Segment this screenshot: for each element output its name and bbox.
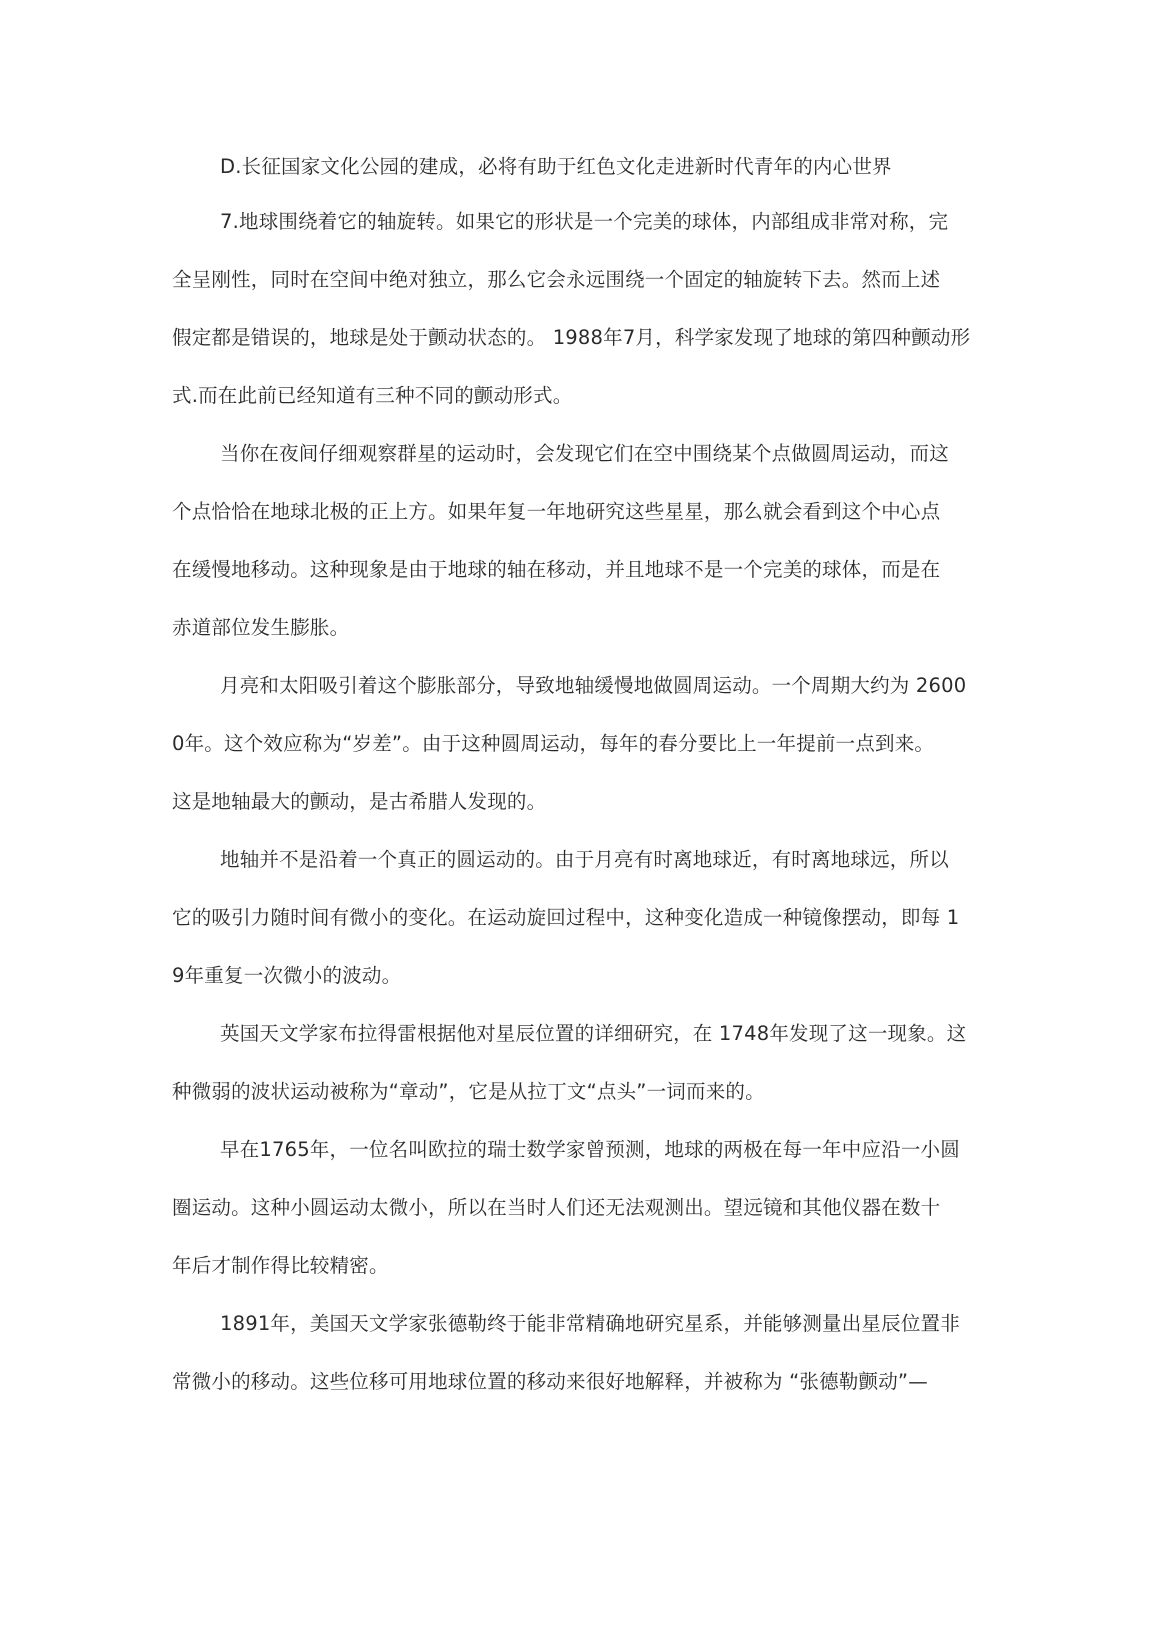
paragraph-line: 早在1765年，一位名叫欧拉的瑞士数学家曾预测，地球的两极在每一年中应沿一小圆 bbox=[220, 1138, 960, 1162]
paragraph-line: 0年。这个效应称为“岁差”。由于这种圆周运动，每年的春分要比上一年提前一点到来。 bbox=[172, 732, 934, 756]
paragraph-line: 常微小的移动。这些位移可用地球位置的移动来很好地解释，并被称为 “张德勒颤动”— bbox=[172, 1370, 928, 1394]
paragraph-line: 种微弱的波状运动被称为“章动”，它是从拉丁文“点头”一词而来的。 bbox=[172, 1080, 765, 1104]
paragraph-line: 个点恰恰在地球北极的正上方。如果年复一年地研究这些星星，那么就会看到这个中心点 bbox=[172, 500, 940, 524]
paragraph-line: 月亮和太阳吸引着这个膨胀部分，导致地轴缓慢地做圆周运动。一个周期大约为 2600 bbox=[220, 674, 966, 698]
paragraph-line: 英国天文学家布拉得雷根据他对星辰位置的详细研究，在 1748年发现了这一现象。这 bbox=[220, 1022, 966, 1046]
paragraph-line: 圈运动。这种小圆运动太微小，所以在当时人们还无法观测出。望远镜和其他仪器在数十 bbox=[172, 1196, 940, 1220]
paragraph-line: 当你在夜间仔细观察群星的运动时，会发现它们在空中围绕某个点做圆周运动，而这 bbox=[220, 442, 949, 466]
paragraph-line: 这是地轴最大的颤动，是古希腊人发现的。 bbox=[172, 790, 546, 814]
paragraph-line: 赤道部位发生膨胀。 bbox=[172, 616, 349, 640]
paragraph-line: 式.而在此前已经知道有三种不同的颤动形式。 bbox=[172, 384, 572, 408]
paragraph-line: 假定都是错误的，地球是处于颤动状态的。 1988年7月，科学家发现了地球的第四种… bbox=[172, 326, 970, 350]
paragraph-line: 9年重复一次微小的波动。 bbox=[172, 964, 401, 988]
paragraph-line: 年后才制作得比较精密。 bbox=[172, 1254, 389, 1278]
paragraph-line: 1891年，美国天文学家张德勒终于能非常精确地研究星系，并能够测量出星辰位置非 bbox=[220, 1312, 960, 1336]
paragraph-line: 在缓慢地移动。这种现象是由于地球的轴在移动，并且地球不是一个完美的球体，而是在 bbox=[172, 558, 940, 582]
paragraph-line: 它的吸引力随时间有微小的变化。在运动旋回过程中，这种变化造成一种镜像摆动，即每 … bbox=[172, 906, 959, 930]
question-7-line: 7.地球围绕着它的轴旋转。如果它的形状是一个完美的球体，内部组成非常对称，完 bbox=[220, 210, 948, 234]
option-d-line: D.长征国家文化公园的建成，必将有助于红色文化走进新时代青年的内心世界 bbox=[220, 155, 892, 179]
paragraph-line: 地轴并不是沿着一个真正的圆运动的。由于月亮有时离地球近，有时离地球远，所以 bbox=[220, 848, 949, 872]
document-page: D.长征国家文化公园的建成，必将有助于红色文化走进新时代青年的内心世界 7.地球… bbox=[0, 0, 1158, 1638]
paragraph-line: 全呈刚性，同时在空间中绝对独立，那么它会永远围绕一个固定的轴旋转下去。然而上述 bbox=[172, 268, 940, 292]
